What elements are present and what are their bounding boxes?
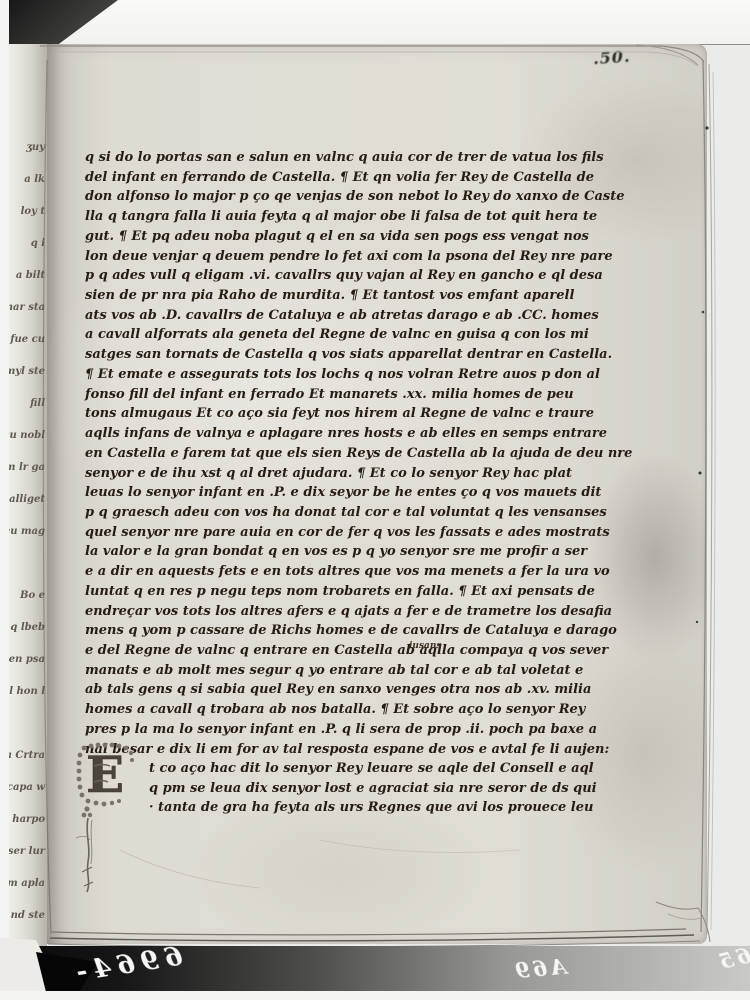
archive-number-middle: A69 <box>511 954 568 984</box>
margin-text-fragment: m lr ga <box>9 462 47 494</box>
background-top-band <box>0 0 750 45</box>
manuscript-text-line: ab tals gens q si sabia quel Rey en sanx… <box>85 680 665 700</box>
manuscript-text-line: a cavall alforrats ala geneta del Regne … <box>85 325 665 345</box>
folio-number: .50. <box>592 47 631 69</box>
manuscript-text-line: p q graesch adeu con vos ha donat tal co… <box>85 503 665 523</box>
manuscript-text-line: la valor e la gran bondat q en vos es p … <box>85 542 665 562</box>
margin-text-fragment: cu nobl <box>9 430 47 462</box>
margin-text-fragment: us em apla <box>9 878 47 910</box>
margin-text-fragment: ma Crtra <box>9 750 47 782</box>
manuscript-text-line: nal besar e dix li em for av tal respost… <box>85 740 665 760</box>
initial-letter: E <box>86 745 124 804</box>
manuscript-text-line: leuas lo senyor infant en .P. e dix seyo… <box>85 483 665 503</box>
margin-text-fragment: nd ste <box>9 910 47 942</box>
margin-text-fragment: loy t <box>9 206 47 238</box>
margin-text-fragment: en psa <box>9 654 47 686</box>
manuscript-text-line: aqlls infans de valnya e aplagare nres h… <box>85 424 665 444</box>
manuscript-photograph: ʒuya lkloy tq ia biltamar staq fue cuamy… <box>0 0 750 1000</box>
manuscript-text-line: t co aço hac dit lo senyor Rey leuare se… <box>149 759 665 779</box>
interlinear-note: iusans <box>409 641 441 651</box>
manuscript-text-line: p q ades vull q eligam .vi. cavallrs quy… <box>85 266 665 286</box>
manuscript-text-line: lon deue venjar q deuem pendre lo fet ax… <box>85 247 665 267</box>
manuscript-text-line: e del Regne de valnc q entrare en Castel… <box>85 641 665 661</box>
margin-text-fragment: a lk <box>9 174 47 206</box>
margin-text-fragment: q i <box>9 238 47 270</box>
manuscript-text-line: manats e ab molt mes segur q yo entrare … <box>85 661 665 681</box>
manuscript-text-line: senyor e de ihu xst q al dret ajudara. ¶… <box>85 464 665 484</box>
manuscript-text-line: satges san tornats de Castella q vos sia… <box>85 345 665 365</box>
manuscript-text-line: q si do lo portas san e salun en valnc q… <box>85 148 665 168</box>
margin-text-fragment: capa w <box>9 782 47 814</box>
photo-bottom-margin <box>0 991 750 1000</box>
manuscript-text-line: pres p la ma lo senyor infant en .P. q l… <box>85 720 665 740</box>
manuscript-text-line: lla q tangra falla li auia feyta q al ma… <box>85 207 665 227</box>
closing-text-block: t co aço hac dit lo senyor Rey leuare se… <box>149 759 665 818</box>
margin-text-fragment: fill <box>9 398 47 430</box>
manuscript-text-line: e a dir en aquests fets e en tots altres… <box>85 562 665 582</box>
manuscript-text-line: fonso fill del infant en ferrado Et mana… <box>85 385 665 405</box>
manuscript-text-line: gut. ¶ Et pq adeu noba plagut q el en sa… <box>85 227 665 247</box>
manuscript-text-line: endreçar vos tots los altres afers e q a… <box>85 602 665 622</box>
margin-text-fragment: C d ser lur <box>9 846 47 878</box>
manuscript-text-line: quel senyor nre pare auia en cor de fer … <box>85 523 665 543</box>
manuscript-text-line: mens q yom p cassare de Richs homes e de… <box>85 621 665 641</box>
margin-text-fragment: Bo e <box>9 590 47 622</box>
manuscript-text-line: don alfonso lo major p ço qe venjas de s… <box>85 187 665 207</box>
manuscript-text-line: en Castella e farem tat que els sien Rey… <box>85 444 665 464</box>
facing-page-edge: ʒuya lkloy tq ia biltamar staq fue cuamy… <box>9 44 47 946</box>
manuscript-text-line: · tanta de gra ha feyta als urs Regnes q… <box>149 798 665 818</box>
margin-text-fragment: amyl ste <box>9 366 47 398</box>
margin-text-fragment: l hon l <box>9 686 47 718</box>
margin-text-fragment: eu mag <box>9 526 47 558</box>
manuscript-text-line: homes a cavall q trobara ab nos batalla.… <box>85 700 665 720</box>
main-text-block: q si do lo portas san e salun en valnc q… <box>85 148 665 759</box>
manuscript-text-line: ats vos ab .D. cavallrs de Cataluya e ab… <box>85 306 665 326</box>
margin-text-fragment: q lbeb <box>9 622 47 654</box>
manuscript-text-line: ¶ Et emate e assegurats tots los lochs q… <box>85 365 665 385</box>
margin-text-fragment <box>9 718 47 750</box>
manuscript-text-line: q pm se leua dix senyor lost e agraciat … <box>149 779 665 799</box>
manuscript-text-line: sien de pr nra pia Raho de murdita. ¶ Et… <box>85 286 665 306</box>
initial-drawing: E <box>74 742 140 894</box>
manuscript-page: .50. q si do lo portas san e salun en va… <box>47 44 707 944</box>
manuscript-text-line: tons almugaus Et co aço sia feyt nos hir… <box>85 404 665 424</box>
margin-text-fragment: amar sta <box>9 302 47 334</box>
margin-text-fragment: ʒuy <box>9 142 47 174</box>
manuscript-text-line: luntat q en res p negu teps nom trobaret… <box>85 582 665 602</box>
photo-left-margin <box>0 0 9 1000</box>
margin-text-fragment: rt alliget <box>9 494 47 526</box>
manuscript-text-line: del infant en ferrando de Castella. ¶ Et… <box>85 168 665 188</box>
illuminated-initial: E <box>74 742 140 894</box>
margin-text-fragment: l harpo <box>9 814 47 846</box>
margin-text-fragment <box>9 558 47 590</box>
margin-text-fragment: q fue cu <box>9 334 47 366</box>
margin-text-fragment: a bilt <box>9 270 47 302</box>
